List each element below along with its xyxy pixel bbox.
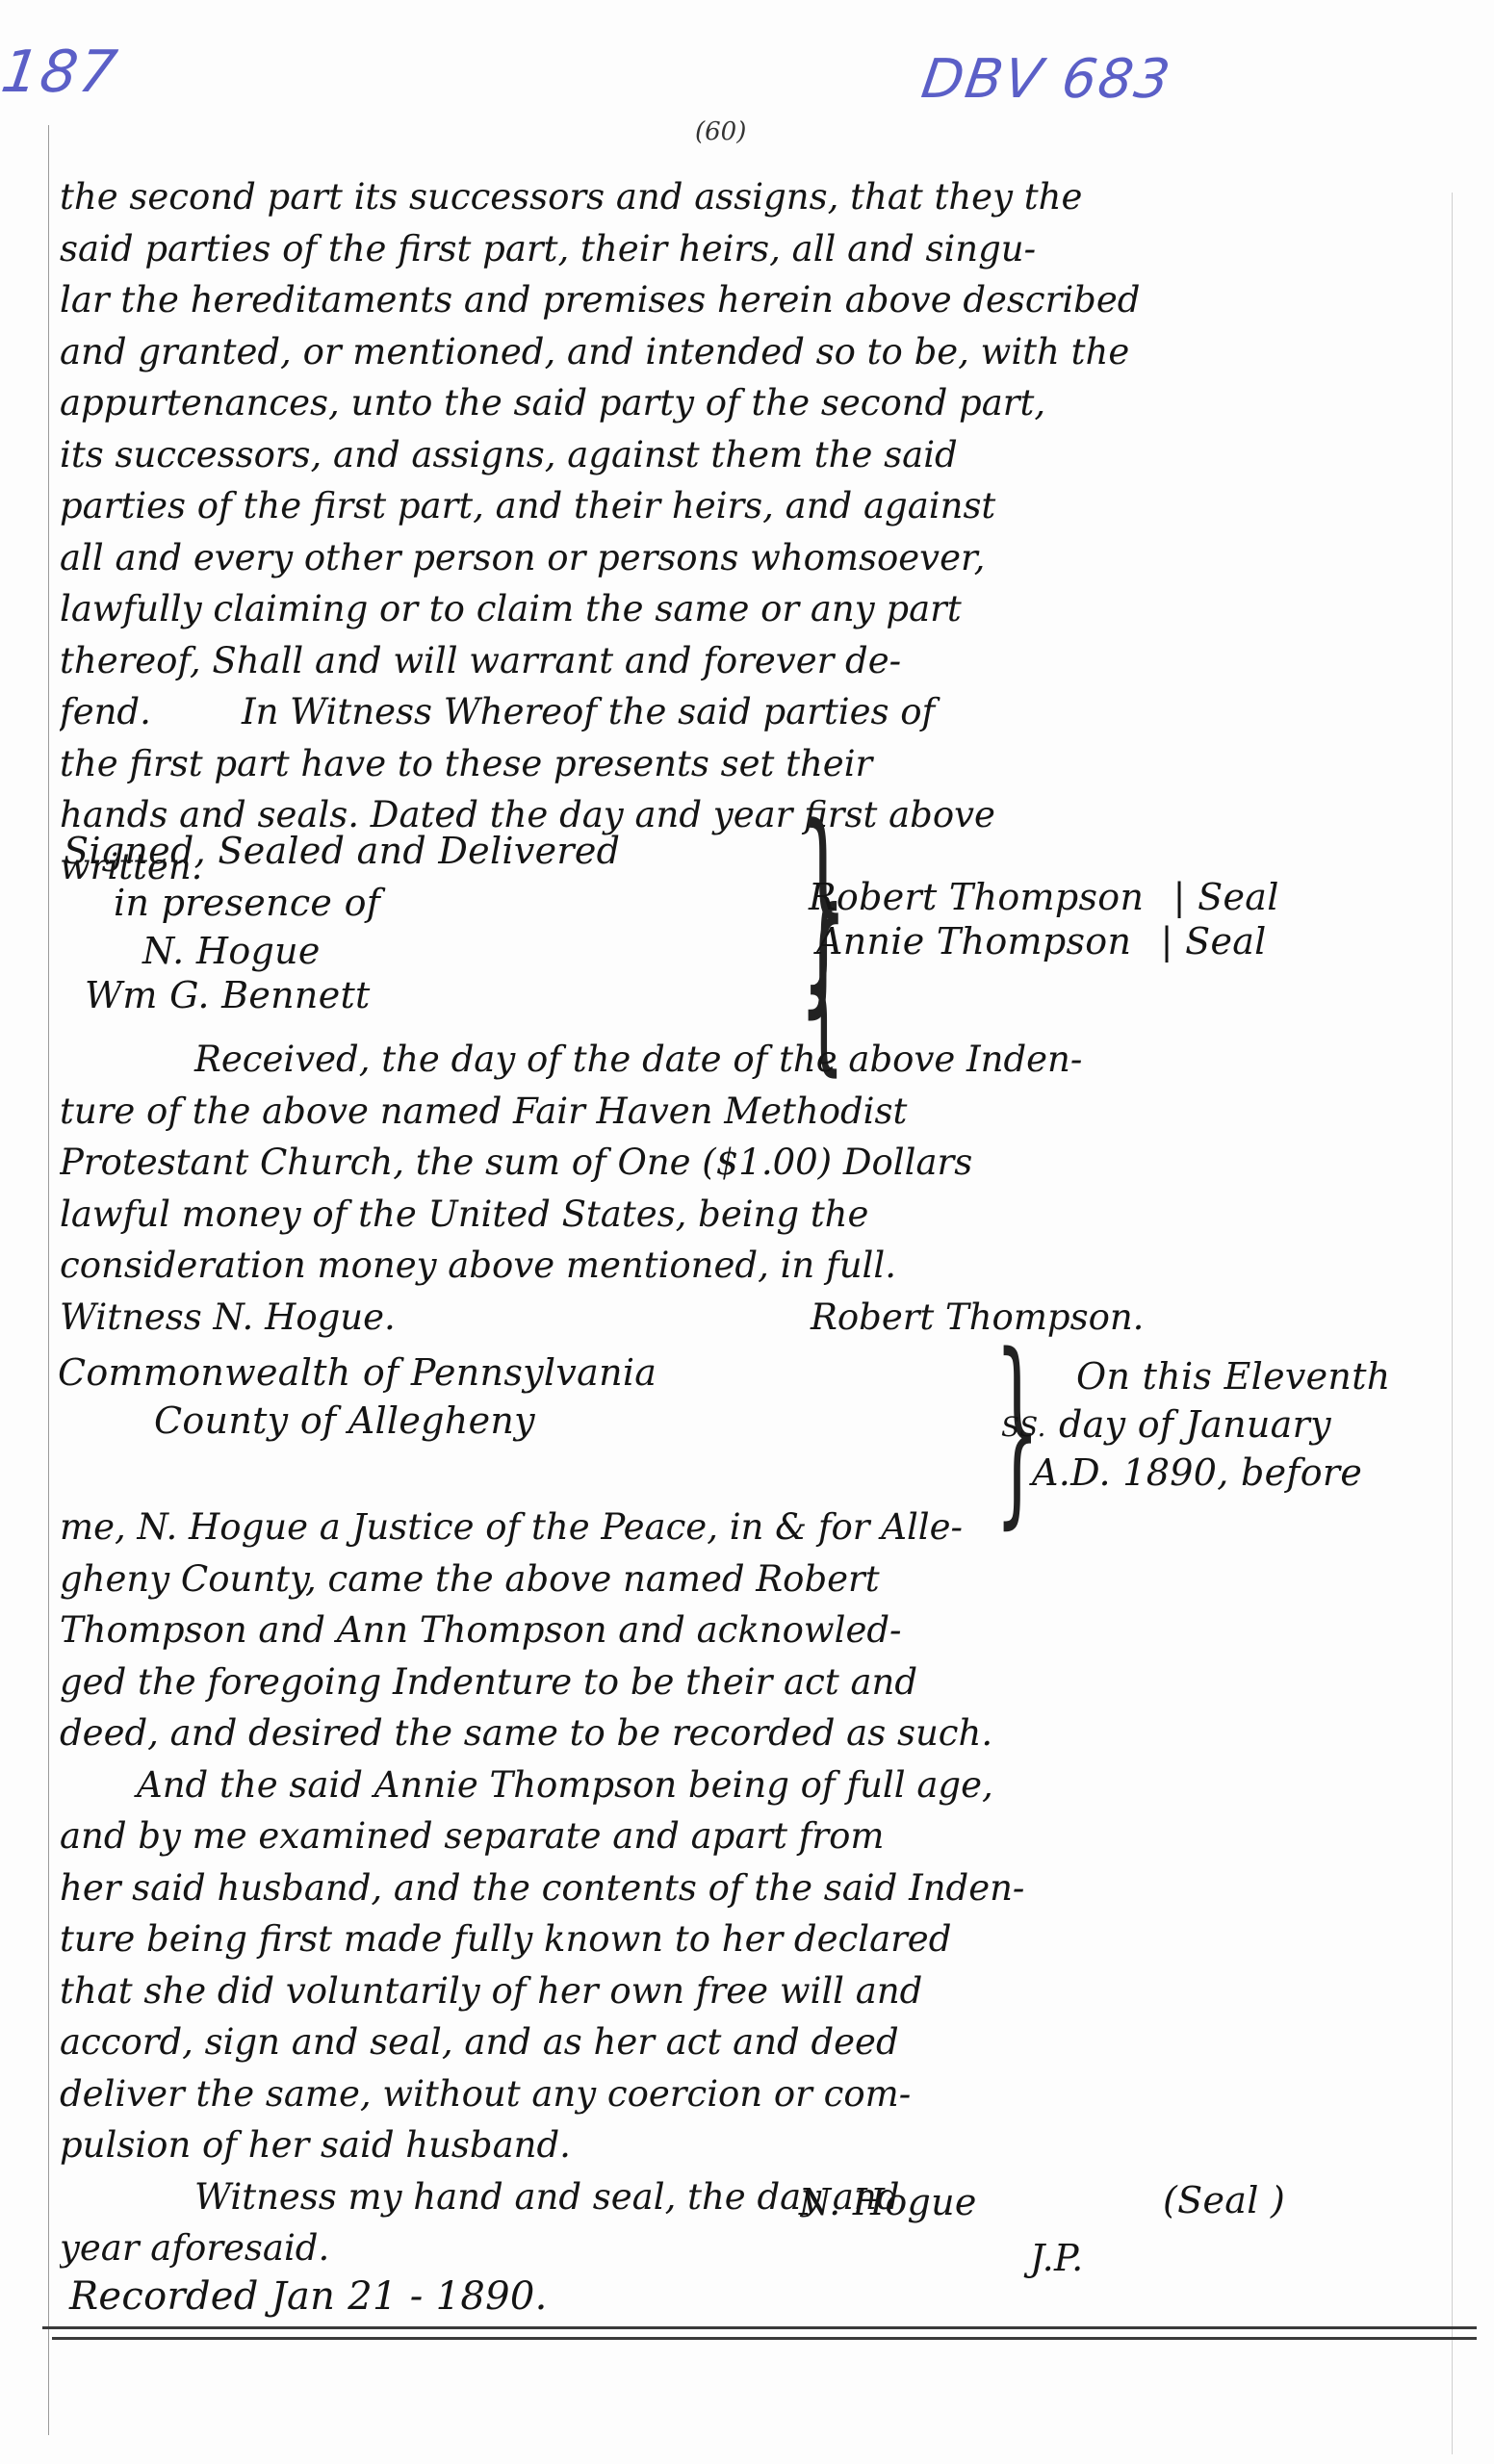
text-line: thereof, Shall and will warrant and fore… (60, 635, 1455, 687)
text-line: ture of the above named Fair Haven Metho… (60, 1086, 1455, 1138)
ack-date-line: A.D. 1890, before (1032, 1448, 1362, 1499)
receipt-witness: Witness N. Hogue. (60, 1296, 396, 1338)
text-line: Received, the day of the date of the abo… (60, 1034, 1455, 1086)
seal-label: Seal (1185, 920, 1267, 962)
text-line: pulsion of her said husband. (60, 2119, 1455, 2171)
deed-page: 187 DBV 683 (60) the second part its suc… (0, 0, 1494, 2464)
text-line: fend. In Witness Whereof the said partie… (60, 686, 1455, 738)
text-line: and granted, or mentioned, and intended … (60, 326, 1455, 378)
text-line: lar the hereditaments and premises herei… (60, 274, 1455, 326)
witness-signature: Wm G. Bennett (85, 970, 371, 1021)
text-line: all and every other person or persons wh… (60, 532, 1455, 584)
text-line: parties of the first part, and their hei… (60, 480, 1455, 532)
justice-seal: (Seal ) (1163, 2175, 1285, 2226)
recorded-date: Recorded Jan 21 - 1890. (69, 2271, 548, 2323)
attestation-line: in presence of (114, 878, 380, 929)
text-line: ture being first made fully known to her… (60, 1913, 1455, 1965)
seal-label: Seal (1198, 876, 1279, 918)
ack-date-line: day of January (1059, 1399, 1331, 1450)
venue-state: Commonwealth of Pennsylvania (58, 1347, 657, 1399)
venue-county: County of Allegheny (154, 1396, 535, 1447)
text-line: deed, and desired the same to be recorde… (60, 1707, 1455, 1759)
text-line: Thompson and Ann Thompson and acknowled- (60, 1604, 1455, 1656)
text-line: lawfully claiming or to claim the same o… (60, 583, 1455, 635)
text-line: its successors, and assigns, against the… (60, 429, 1455, 481)
attestation-line: Signed, Sealed and Delivered (64, 826, 620, 877)
text-line: the first part have to these presents se… (60, 738, 1455, 790)
page-number-stamp: 187 (0, 38, 122, 106)
left-margin-rule (48, 125, 49, 2435)
receipt-signature-line: Witness N. Hogue. Robert Thompson. (60, 1292, 1455, 1344)
justice-title: J.P. (1030, 2233, 1084, 2284)
closing-rule (52, 2337, 1477, 2340)
text-line: gheny County, came the above named Rober… (60, 1553, 1455, 1605)
ack-date-line: On this Eleventh (1076, 1351, 1391, 1402)
text-line: me, N. Hogue a Justice of the Peace, in … (60, 1501, 1455, 1553)
seal-mark: | (1173, 876, 1186, 918)
text-line: lawful money of the United States, being… (60, 1189, 1455, 1241)
venue-ss: SS. (1001, 1401, 1046, 1452)
signatory-name: Annie Thompson (816, 920, 1131, 962)
text-line: year aforesaid. (60, 2222, 1455, 2274)
text-line: and by me examined separate and apart fr… (60, 1810, 1455, 1862)
closing-rule (42, 2326, 1477, 2329)
signatory-name: Robert Thompson (809, 876, 1144, 918)
habendum-paragraph: the second part its successors and assig… (60, 171, 1455, 892)
text-line: appurtenances, unto the said party of th… (60, 377, 1455, 429)
text-line: that she did voluntarily of her own free… (60, 1965, 1455, 2017)
seal-mark: ) (1259, 2179, 1286, 2221)
seal-label: Seal (1177, 2179, 1259, 2221)
text-line: consideration money above mentioned, in … (60, 1240, 1455, 1292)
folio-number: (60) (695, 117, 746, 146)
text-line: deliver the same, without any coercion o… (60, 2068, 1455, 2120)
text-line: the second part its successors and assig… (60, 171, 1455, 223)
acknowledgment-paragraph: me, N. Hogue a Justice of the Peace, in … (60, 1501, 1455, 2274)
text-line: her said husband, and the contents of th… (60, 1862, 1455, 1914)
text-line: accord, sign and seal, and as her act an… (60, 2016, 1455, 2068)
seal-mark: | (1161, 920, 1173, 962)
grantor-signature: Annie Thompson | Seal (816, 916, 1267, 967)
text-line: said parties of the first part, their he… (60, 223, 1455, 275)
receipt-paragraph: Received, the day of the date of the abo… (60, 1034, 1455, 1343)
justice-signature: N. Hogue (799, 2177, 977, 2228)
text-line: Protestant Church, the sum of One ($1.00… (60, 1137, 1455, 1189)
text-line: And the said Annie Thompson being of ful… (60, 1759, 1455, 1811)
seal-mark: ( (1163, 2179, 1177, 2221)
receipt-signer: Robert Thompson. (811, 1292, 1144, 1343)
book-reference-stamp: DBV 683 (917, 48, 1175, 111)
text-line: ged the foregoing Indenture to be their … (60, 1656, 1455, 1708)
